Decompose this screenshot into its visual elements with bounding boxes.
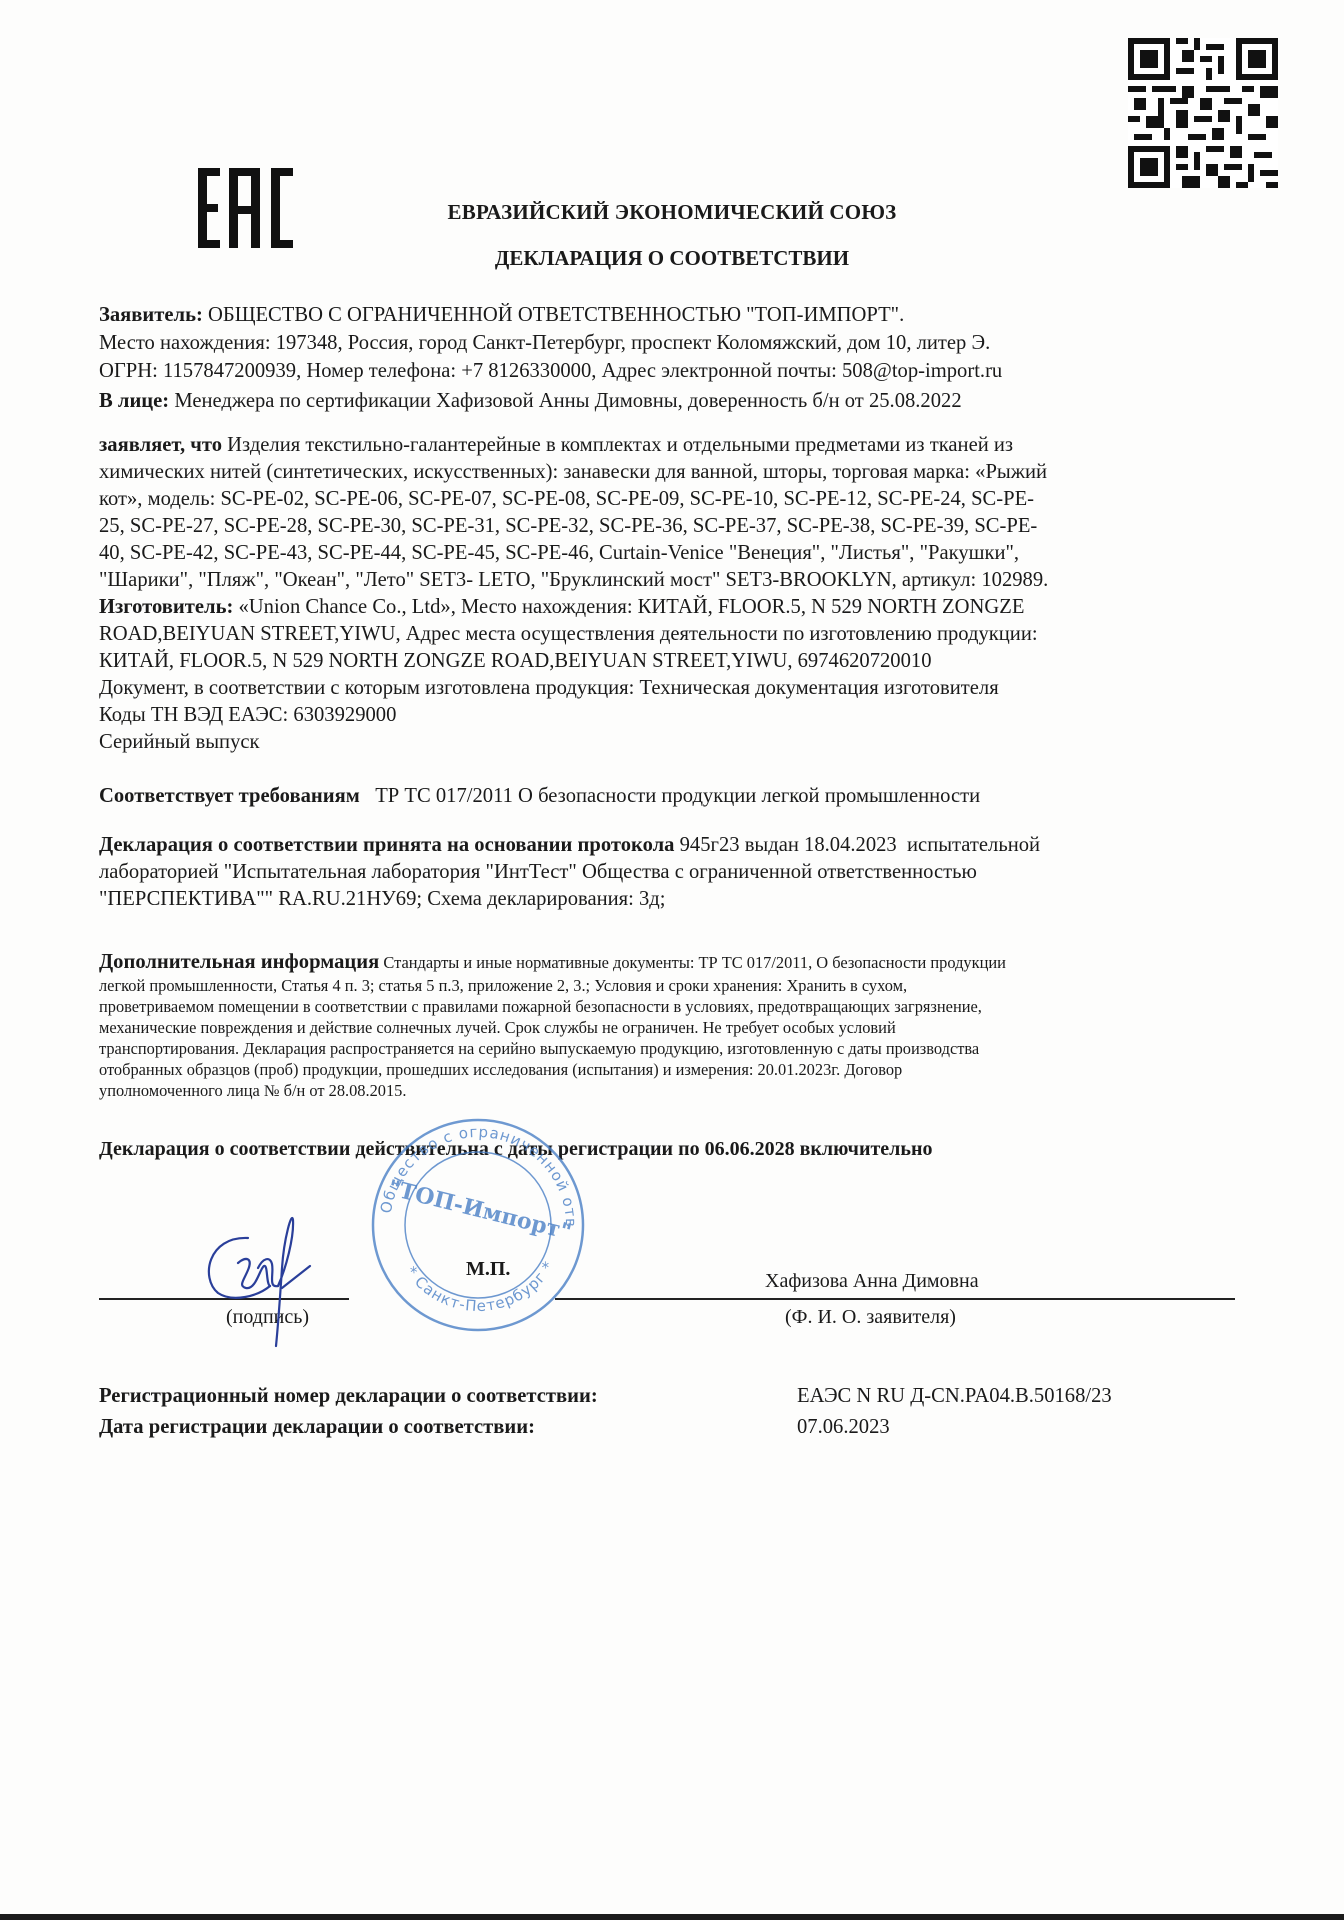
applicant-name-line — [555, 1298, 1235, 1300]
manufacturer-line: КИТАЙ, FLOOR.5, N 529 NORTH ZONGZE ROAD,… — [99, 649, 932, 673]
protocol-text: 945г23 выдан 18.04.2023 испытательной — [674, 834, 1040, 856]
protocol-line: "ПЕРСПЕКТИВА"" RA.RU.21НУ69; Схема декла… — [99, 887, 666, 911]
additional-line: механические повреждения и действие солн… — [99, 1018, 896, 1037]
registration-number-value: ЕАЭС N RU Д-CN.PA04.B.50168/23 — [797, 1385, 1112, 1408]
requirements-line: Соответствует требованиям ТР ТС 017/2011… — [99, 784, 980, 808]
additional-line: легкой промышленности, Статья 4 п. 3; ст… — [99, 976, 907, 995]
svg-text:"ТОП-Импорт": "ТОП-Импорт" — [385, 1175, 574, 1246]
release-type: Серийный выпуск — [99, 730, 260, 754]
manufacturer-line: ROAD,BEIYUAN STREET,YIWU, Адрес места ос… — [99, 622, 1038, 646]
protocol-line: Декларация о соответствии принята на осн… — [99, 833, 1040, 857]
additional-line: проветриваемом помещении в соответствии … — [99, 997, 982, 1016]
additional-line: уполномоченного лица № б/н от 28.08.2015… — [99, 1081, 406, 1100]
applicant-label: Заявитель: — [99, 304, 203, 326]
qr-code-icon — [1128, 38, 1278, 188]
manufacturer-line: Изготовитель: «Union Chance Co., Ltd», М… — [99, 595, 1024, 619]
declares-label: заявляет, что — [99, 434, 222, 456]
representative-line: В лице: Менеджера по сертификации Хафизо… — [99, 389, 962, 413]
protocol-label: Декларация о соответствии принята на осн… — [99, 834, 674, 856]
registration-number-label: Регистрационный номер декларации о соотв… — [99, 1385, 598, 1408]
company-stamp-icon: Общество с ограниченной ответственн * Са… — [368, 1115, 588, 1335]
customs-codes: Коды ТН ВЭД ЕАЭС: 6303929000 — [99, 703, 396, 727]
declares-line: 40, SC-PE-42, SC-PE-43, SC-PE-44, SC-PE-… — [99, 541, 1019, 565]
applicant-name: Хафизова Анна Димовна — [765, 1270, 979, 1293]
additional-label: Дополнительная информация — [99, 951, 379, 973]
svg-text:* Санкт-Петербург *: * Санкт-Петербург * — [402, 1258, 558, 1316]
requirements-label: Соответствует требованиям — [99, 785, 360, 807]
declares-text: Изделия текстильно-галантерейные в компл… — [222, 434, 1013, 456]
scan-edge — [0, 1914, 1344, 1920]
additional-line: транспортирования. Декларация распростра… — [99, 1039, 979, 1058]
manufacturer-text: «Union Chance Co., Ltd», Место нахождени… — [233, 596, 1024, 618]
additional-text: Стандарты и иные нормативные документы: … — [379, 953, 1006, 972]
representative-text: Менеджера по сертификации Хафизовой Анны… — [169, 390, 961, 412]
applicant-line: Заявитель: ОБЩЕСТВО С ОГРАНИЧЕННОЙ ОТВЕТ… — [99, 303, 904, 327]
applicant-contacts: ОГРН: 1157847200939, Номер телефона: +7 … — [99, 359, 1002, 383]
registration-date-value: 07.06.2023 — [797, 1416, 890, 1439]
declares-line: "Шарики", "Пляж", "Океан", "Лето" SET3- … — [99, 568, 1048, 592]
applicant-address: Место нахождения: 197348, Россия, город … — [99, 331, 990, 355]
additional-line: отобранных образцов (проб) продукции, пр… — [99, 1060, 902, 1079]
union-title: ЕВРАЗИЙСКИЙ ЭКОНОМИЧЕСКИЙ СОЮЗ — [0, 200, 1344, 225]
manufacturer-label: Изготовитель: — [99, 596, 233, 618]
declares-line: 25, SC-PE-27, SC-PE-28, SC-PE-30, SC-PE-… — [99, 514, 1037, 538]
applicant-name: ОБЩЕСТВО С ОГРАНИЧЕННОЙ ОТВЕТСТВЕННОСТЬЮ… — [203, 304, 904, 326]
declares-line: химических нитей (синтетических, искусст… — [99, 460, 1047, 484]
protocol-line: лабораторией "Испытательная лаборатория … — [99, 860, 977, 884]
requirements-text: ТР ТС 017/2011 О безопасности продукции … — [360, 785, 980, 807]
additional-line: Дополнительная информация Стандарты и ин… — [99, 953, 1006, 972]
representative-label: В лице: — [99, 390, 169, 412]
manufacturer-document: Документ, в соответствии с которым изгот… — [99, 676, 999, 700]
declares-line: заявляет, что Изделия текстильно-галанте… — [99, 433, 1013, 457]
signature-icon — [198, 1208, 338, 1348]
applicant-caption: (Ф. И. О. заявителя) — [785, 1306, 956, 1329]
declares-line: кот», модель: SC-PE-02, SC-PE-06, SC-PE-… — [99, 487, 1034, 511]
document-title: ДЕКЛАРАЦИЯ О СООТВЕТСТВИИ — [0, 246, 1344, 271]
registration-date-label: Дата регистрации декларации о соответств… — [99, 1416, 535, 1439]
